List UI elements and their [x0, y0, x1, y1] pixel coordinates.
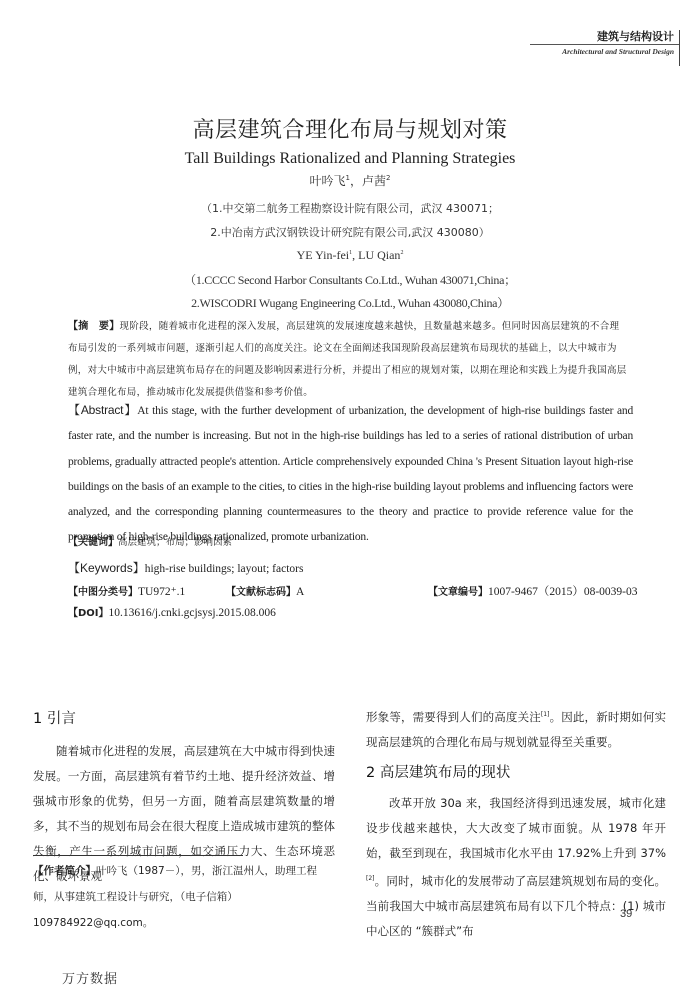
article-number: 【文章编号】1007-9467（2015）08-0039-03 [428, 583, 638, 599]
document-code: 【文献标志码】A [226, 583, 304, 598]
affiliation-en-1: （1.CCCC Second Harbor Consultants Co.Ltd… [0, 271, 700, 288]
keywords-cn: 【关键词】高层建筑；布局；影响因素 [68, 533, 232, 548]
source-watermark: 万方数据 [62, 968, 118, 987]
citation-ref: [2] [366, 875, 375, 882]
author-name-en: YE Yin-fei [297, 248, 350, 262]
authors-cn: 叶吟飞1，卢茜2 [0, 172, 700, 189]
affiliation-cn-2: 2.中冶南方武汉钢铁设计研究院有限公司,武汉 430080） [0, 224, 700, 240]
running-head: 建筑与结构设计 Architectural and Structural Des… [530, 30, 680, 57]
running-head-divider [679, 30, 680, 66]
author-name: 卢茜 [362, 174, 386, 188]
author-footnote: 【作者简介】叶吟飞（1987－），男，浙江温州人，助理工程师，从事建筑工程设计与… [33, 858, 333, 936]
abstract-en-label: 【Abstract】 [68, 403, 137, 417]
clc-number: 【中图分类号】TU972⁺.1 [68, 583, 185, 598]
author-affil-mark: 1 [346, 174, 350, 182]
journal-name-cn: 建筑与结构设计 [530, 30, 680, 44]
abstract-en-text: At this stage, with the further developm… [68, 405, 633, 543]
keywords-cn-label: 【关键词】 [68, 537, 118, 548]
affiliation-cn-1: （1.中交第二航务工程勘察设计院有限公司，武汉 430071； [0, 200, 700, 216]
article-title-en: Tall Buildings Rationalized and Planning… [0, 150, 700, 168]
footnote-divider [33, 855, 243, 856]
journal-name-en: Architectural and Structural Design [530, 44, 680, 57]
affiliation-en-2: 2.WISCODRI Wugang Engineering Co.Ltd., W… [0, 294, 700, 311]
doi-value: 10.13616/j.cnki.gcjsysj.2015.08.006 [109, 607, 276, 619]
section-2-paragraph: 改革开放 30a 来，我国经济得到迅速发展，城市化建设步伐越来越快，大大改变了城… [366, 791, 666, 944]
author-affil-mark: 1 [349, 250, 352, 256]
author-name-en: LU Qian [358, 248, 400, 262]
section-heading-1: 1 引言 [33, 705, 335, 733]
keywords-en-text: high-rise buildings; layout; factors [145, 563, 304, 575]
keywords-cn-text: 高层建筑；布局；影响因素 [118, 537, 232, 548]
abstract-cn-text: 现阶段，随着城市化进程的深入发展，高层建筑的发展速度越来越快，且数量越来越多。但… [68, 321, 627, 398]
footnote-label: 【作者简介】 [33, 865, 96, 877]
abstract-en: 【Abstract】At this stage, with the furthe… [68, 398, 633, 551]
doi: 【DOI】10.13616/j.cnki.gcjsysj.2015.08.006 [68, 604, 276, 619]
doi-label: 【DOI】 [68, 608, 109, 619]
page-number: 39 [620, 908, 632, 920]
author-name: 叶吟飞 [310, 174, 346, 188]
keywords-en-label: 【Keywords】 [68, 561, 145, 575]
author-affil-mark: 2 [400, 250, 403, 256]
article-title-cn: 高层建筑合理化布局与规划对策 [0, 113, 700, 144]
section-heading-2: 2 高层建筑布局的现状 [366, 759, 666, 787]
abstract-cn-label: 【摘 要】 [68, 321, 120, 332]
authors-en: YE Yin-fei1, LU Qian2 [0, 248, 700, 263]
abstract-cn: 【摘 要】现阶段，随着城市化进程的深入发展，高层建筑的发展速度越来越快，且数量越… [68, 316, 628, 404]
section-1-continuation: 形象等，需要得到人们的高度关注[1]。因此，新时期如何实现高层建筑的合理化布局与… [366, 702, 666, 755]
keywords-en: 【Keywords】high-rise buildings; layout; f… [68, 559, 303, 576]
author-affil-mark: 2 [386, 174, 390, 182]
